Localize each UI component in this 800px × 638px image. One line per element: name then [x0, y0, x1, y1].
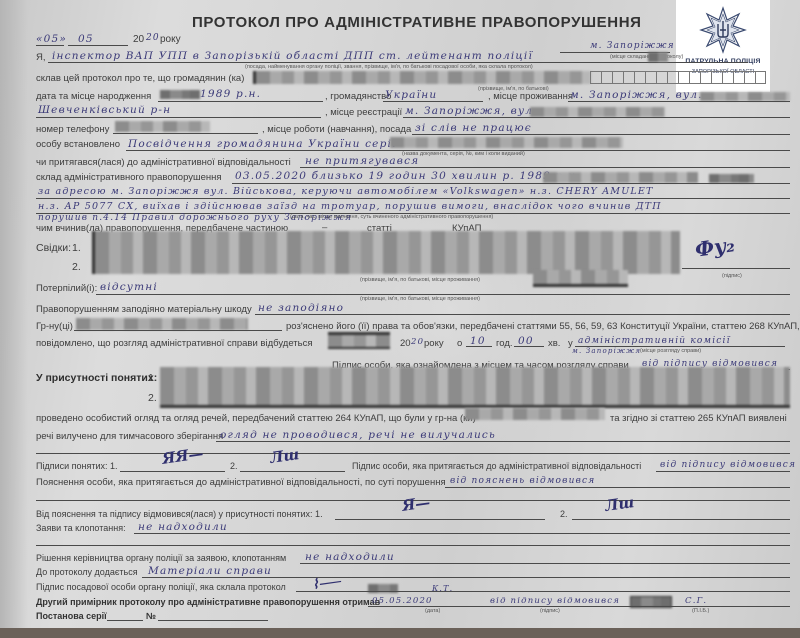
offense-line-1: 03.05.2020 близько 19 годин 30 хвилин р.…	[235, 170, 581, 182]
citizen-label: склав цей протокол про те, що громадянин…	[36, 73, 244, 84]
citizenship-value: України	[385, 89, 437, 101]
citizen-name-redacted	[253, 71, 591, 84]
phone-label: номер телефону	[36, 124, 109, 135]
witnesses-redacted	[92, 231, 680, 274]
officer-hint: (посада, найменування органу поліції, зв…	[245, 64, 533, 70]
registration-label: , місце реєстрації	[325, 107, 402, 118]
petitions-value: не надходили	[138, 521, 228, 533]
witness-signature: Фу₂	[694, 232, 737, 261]
offense-label: склад адміністративного правопорушення	[36, 172, 222, 183]
refusal-1-signature: Я—	[401, 493, 431, 515]
district-value: Шевченківський р-н	[38, 104, 171, 116]
refusal-2-number: 2.	[560, 509, 568, 520]
witness-sign-hint: (підпис)	[722, 273, 742, 279]
prior-label: чи притягався(лася) до адміністративної …	[36, 157, 291, 168]
date-year-suffix: року	[160, 34, 181, 45]
hearing-label: повідомлено, що розгляд адміністративної…	[36, 338, 312, 349]
phone-redacted	[115, 121, 210, 132]
person-signature-value: від підпису відмовився	[660, 459, 796, 471]
search-name-redacted	[465, 408, 605, 420]
table-surface	[0, 628, 800, 638]
attesting-signatures-label: Підписи понятих: 1.	[36, 461, 118, 472]
identity-value: Посвідчення громадянина України серії	[128, 138, 397, 150]
police-star-trident-icon	[699, 6, 747, 54]
damage-value: не заподіяно	[258, 302, 344, 314]
witnesses-label: Свідки:	[36, 243, 71, 254]
hearing-year-suffix: року	[424, 338, 444, 349]
search-text-2: та згідно зі статтею 265 КУпАП виявлені	[610, 413, 787, 424]
rights-prefix: Гр-ну(ці)	[36, 321, 73, 332]
offense-hint: (дата, час, місце вчинення, суть вчинено…	[290, 214, 493, 220]
citizen-name-boxes	[590, 71, 766, 84]
citizenship-label: , громадянство	[325, 91, 391, 102]
hearing-hour-label: год.	[496, 338, 513, 349]
residence-label: , місце проживання	[488, 91, 573, 102]
search-text-1: проведено особистий огляд та огляд речей…	[36, 413, 476, 424]
attesting-redacted	[160, 367, 790, 408]
damage-label: Правопорушенням заподіяно матеріальну шк…	[36, 304, 252, 315]
hearing-date-redacted	[328, 332, 390, 349]
work-label: , місце роботи (навчання), посада	[262, 124, 411, 135]
offense-line-2: за адресою м. Запоріжжя вул. Військова, …	[38, 186, 654, 198]
birth-label: дата та місце народження	[36, 91, 151, 102]
resolution-label: Постанова серії	[36, 611, 107, 622]
residence-value: м. Запоріжжя, вул.	[570, 89, 703, 101]
identity-label: особу встановлено	[36, 139, 120, 150]
witness-1-number: 1.	[72, 243, 81, 254]
seized-label: речі вилучено для тимчасового зберігання	[36, 431, 223, 442]
person-signature-label: Підпис особи, яка притягається до адміні…	[352, 461, 641, 472]
document-title: ПРОТОКОЛ ПРО АДМІНІСТРАТИВНЕ ПРАВОПОРУШЕ…	[192, 14, 642, 31]
victims-value: відсутні	[100, 281, 158, 293]
hearing-year: 20	[411, 336, 424, 348]
attached-value: Матеріали справи	[148, 565, 272, 577]
birth-value: 1989 р.н.	[200, 88, 261, 100]
officer-signature-label: Підпис посадової особи органу поліції, я…	[36, 582, 286, 593]
officer-signature: ⌇⸺	[311, 570, 342, 593]
hearing-at: о	[457, 338, 462, 349]
date-month: 05	[78, 33, 94, 45]
attesting-2-signature: Лш	[269, 445, 300, 467]
rights-text: роз'яснено його (її) права та обов'язки,…	[286, 321, 800, 332]
resolution-no-label: №	[146, 611, 156, 622]
hearing-min-label: хв.	[548, 338, 560, 349]
attesting-2-number-sig: 2.	[230, 461, 238, 472]
victims-hint: (прізвище, ім'я, по батькові, місце прож…	[360, 296, 480, 302]
date-year: 20	[146, 32, 160, 44]
decision-value: не надходили	[305, 551, 395, 563]
prior-value: не притягувався	[305, 155, 419, 167]
refusal-2-signature: Лш	[604, 493, 635, 515]
attesting-label: У присутності понятих:	[36, 373, 157, 384]
officer-initials: К.Т.	[432, 583, 453, 595]
copy-sign-hint: (підпис)	[540, 608, 560, 614]
copy-pib-hint: (П.І.Б.)	[692, 608, 709, 614]
officer-prefix: Я,	[36, 52, 46, 63]
work-value: зі слів не працює	[415, 122, 532, 134]
rights-name-redacted	[76, 318, 248, 330]
date-day: «05»	[36, 33, 67, 45]
officer-value: інспектор ВАП УПП в Запорізькій області …	[52, 50, 533, 62]
attached-label: До протоколу додається	[36, 567, 138, 578]
hearing-place-hint: (місце розгляду справи)	[640, 348, 701, 354]
victims-label: Потерпілий(і):	[36, 283, 97, 294]
attesting-2-number: 2.	[148, 393, 157, 404]
copy-label: Другий примірник протоколу про адміністр…	[36, 597, 380, 608]
explanation-label: Пояснення особи, яка притягається до адм…	[36, 477, 446, 488]
date-year-prefix: 20	[133, 34, 144, 45]
seized-value: огляд не проводився, речі не вилучались	[220, 429, 496, 441]
identity-redacted	[390, 137, 623, 148]
explanation-value: від пояснень відмовився	[450, 475, 595, 487]
witnesses-hint: (прізвище, ім'я, по батькові, місце прож…	[360, 277, 480, 283]
decision-label: Рішення керівництва органу поліції за за…	[36, 553, 286, 564]
registration-value: м. Запоріжжя, вул.	[405, 105, 538, 117]
place-of-drafting: м. Запоріжжя	[590, 40, 675, 52]
place-hint: (місце складання протоколу)	[610, 54, 683, 60]
attesting-1-signature: ЯЯ—	[161, 444, 205, 468]
copy-date-hint: (дата)	[425, 608, 440, 614]
refusal-label: Від пояснення та підпису відмовився(лася…	[36, 509, 323, 520]
attesting-1-number: 1.	[148, 373, 157, 384]
hearing-year-prefix: 20	[400, 338, 411, 349]
witness-2-number: 2.	[72, 262, 81, 273]
petitions-label: Заяви та клопотання:	[36, 523, 126, 534]
protocol-document: ПРОТОКОЛ ПРО АДМІНІСТРАТИВНЕ ПРАВОПОРУШЕ…	[0, 0, 800, 628]
identity-hint: (назва документа, серія, №, ким і коли в…	[402, 151, 525, 157]
